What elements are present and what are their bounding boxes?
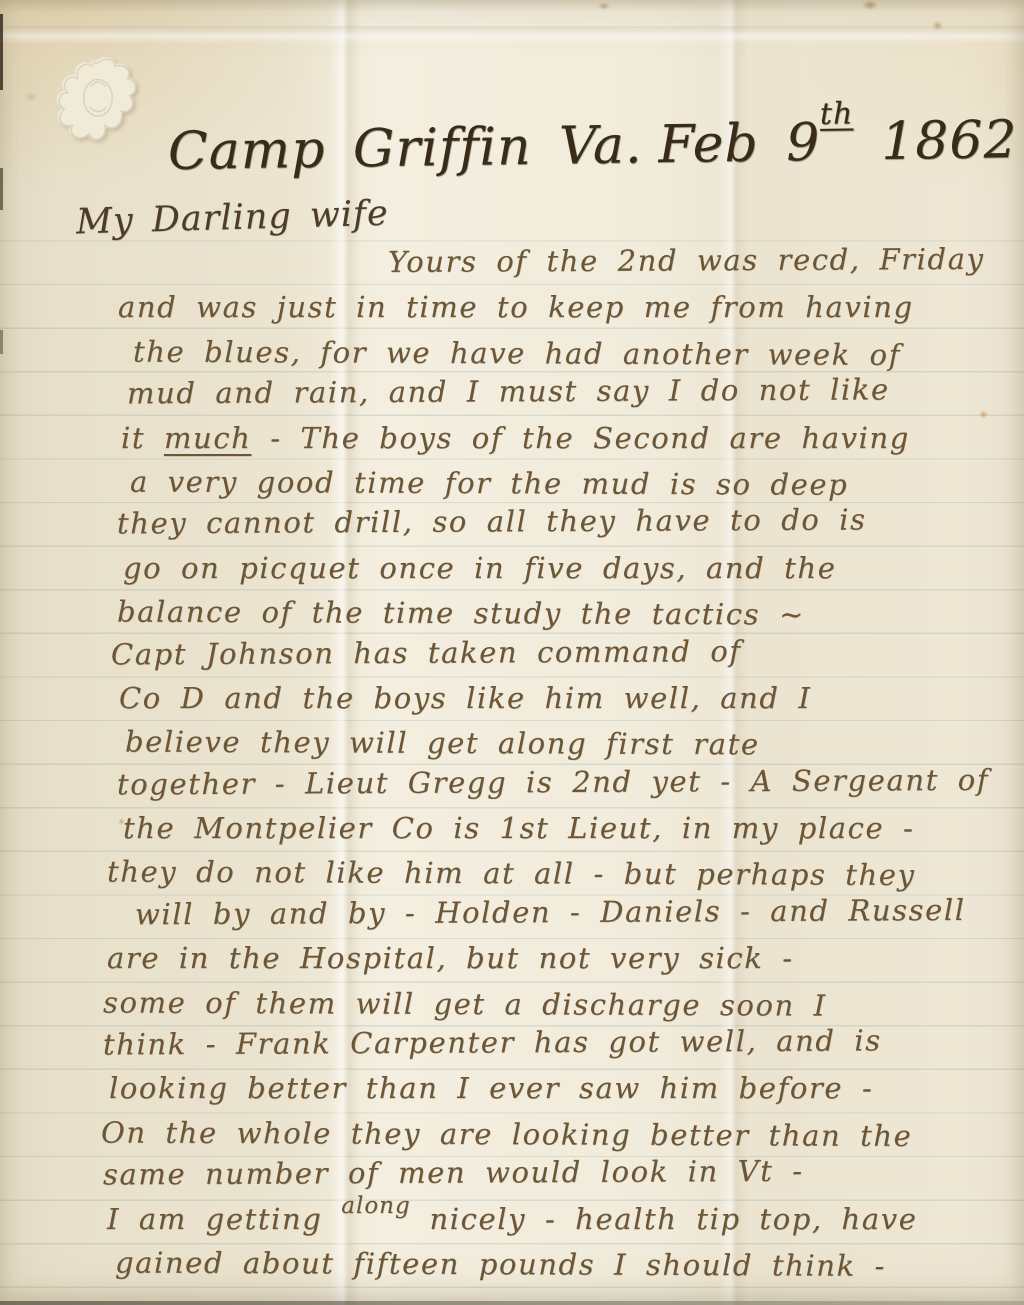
letter-line: I am getting along nicely - health tip t… <box>0 1198 1024 1241</box>
letter-line: it much - The boys of the Second are hav… <box>0 417 1024 460</box>
underlined-word: much <box>164 421 252 455</box>
inserted-word-above: along <box>341 1193 410 1219</box>
letter-line: Yours of the 2nd was recd, Friday <box>0 238 1024 287</box>
letter-line: they cannot drill, so all they have to d… <box>0 498 1024 547</box>
top-edge-shadow <box>0 0 1024 12</box>
scan-edge-mark <box>0 14 3 90</box>
embossed-seal-icon <box>56 56 142 154</box>
letter-line: same number of men would look in Vt - <box>0 1149 1024 1198</box>
fold-crease-top <box>0 26 1024 44</box>
heading-date-prefix: Feb 9 <box>658 113 821 175</box>
letter-scan-page: Camp Griffin Va.Feb 9th 1862 My Darling … <box>0 0 1024 1305</box>
letter-heading: Camp Griffin Va.Feb 9th 1862 <box>168 110 1018 182</box>
letter-line: Capt Johnson has taken command of <box>0 628 1024 677</box>
heading-location: Camp Griffin Va. <box>168 115 643 182</box>
foxing-stain <box>932 20 943 31</box>
letter-body: Yours of the 2nd was recd, Friday and wa… <box>0 243 1024 1284</box>
letter-line: mud and rain, and I must say I do not li… <box>0 368 1024 417</box>
letter-line: think - Frank Carpenter has got well, an… <box>0 1019 1024 1068</box>
foxing-stain <box>24 92 38 102</box>
letter-line: go on picquet once in five days, and the <box>0 547 1024 590</box>
letter-line: the Montpelier Co is 1st Lieut, in my pl… <box>0 807 1024 850</box>
salutation: My Darling wife <box>76 194 390 243</box>
letter-line: are in the Hospital, but not very sick - <box>0 937 1024 980</box>
letter-line: together - Lieut Gregg is 2nd yet - A Se… <box>0 758 1024 807</box>
letter-line: and was just in time to keep me from hav… <box>0 286 1024 329</box>
foxing-stain <box>598 2 610 10</box>
scan-edge-mark <box>0 168 3 210</box>
heading-date-year: 1862 <box>881 110 1018 172</box>
letter-line: looking better than I ever saw him befor… <box>0 1067 1024 1110</box>
letter-line: gained about fifteen pounds I should thi… <box>0 1241 1024 1289</box>
scan-bottom-edge <box>0 1301 1024 1305</box>
letter-line: will by and by - Holden - Daniels - and … <box>0 888 1024 937</box>
foxing-stain <box>862 0 878 10</box>
letter-line: Co D and the boys like him well, and I <box>0 677 1024 720</box>
heading-date-ordinal: th <box>820 96 854 131</box>
